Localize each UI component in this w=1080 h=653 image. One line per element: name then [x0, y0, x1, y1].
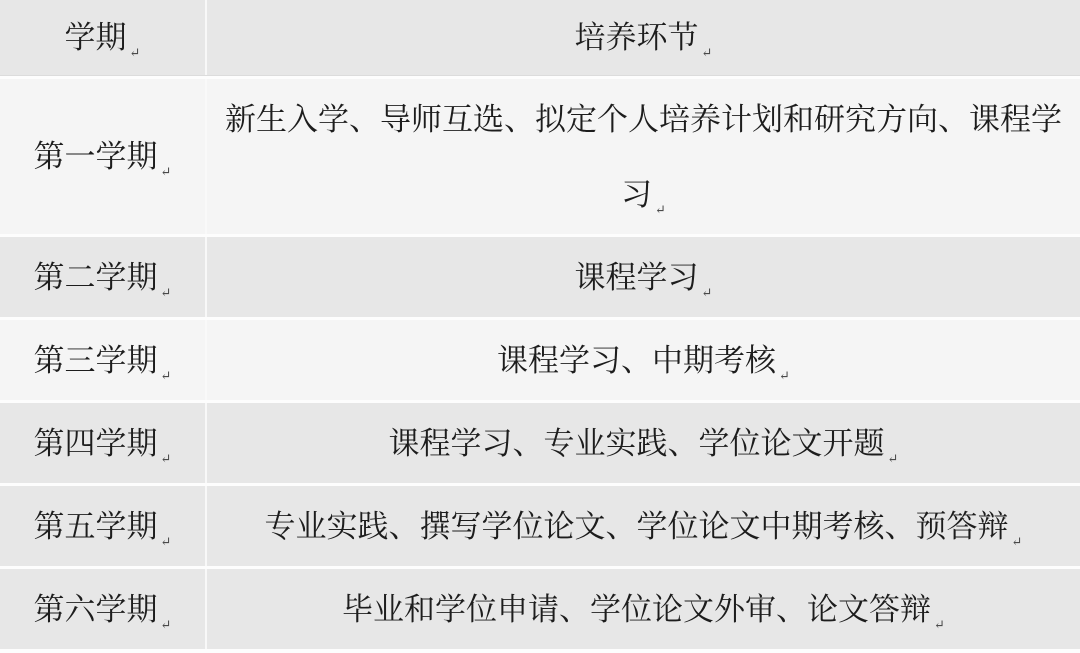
semester-cell: 第三学期↵	[0, 320, 207, 400]
table-row: 第五学期↵ 专业实践、撰写学位论文、学位论文中期考核、预答辩↵	[0, 486, 1080, 566]
stage-label: 课程学习	[575, 260, 699, 295]
header-stage-label: 培养环节	[575, 20, 699, 55]
table-row: 第一学期↵ 新生入学、导师互选、拟定个人培养计划和研究方向、课程学习↵	[0, 79, 1080, 234]
semester-label: 第四学期	[34, 426, 158, 461]
table-header-row: 学期↵ 培养环节↵	[0, 0, 1080, 76]
semester-cell: 第一学期↵	[0, 79, 207, 234]
stage-cell: 毕业和学位申请、学位论文外审、论文答辩↵	[207, 569, 1080, 649]
stage-label: 专业实践、撰写学位论文、学位论文中期考核、预答辩	[265, 509, 1009, 544]
semester-label: 第五学期	[34, 509, 158, 544]
stage-label: 毕业和学位申请、学位论文外审、论文答辩	[342, 592, 931, 627]
document-table: 学期↵ 培养环节↵ 第一学期↵ 新生入学、导师互选、拟定个人培养计划和研究方向、…	[0, 0, 1080, 653]
semester-cell: 第二学期↵	[0, 237, 207, 317]
semester-label: 第三学期	[34, 343, 158, 378]
table-row: 第三学期↵ 课程学习、中期考核↵	[0, 320, 1080, 400]
stage-label: 课程学习、中期考核	[497, 343, 776, 378]
stage-cell: 课程学习↵	[207, 237, 1080, 317]
header-semester-label: 学期	[65, 20, 127, 55]
stage-cell: 课程学习、中期考核↵	[207, 320, 1080, 400]
semester-cell: 第四学期↵	[0, 403, 207, 483]
semester-label: 第二学期	[34, 260, 158, 295]
semester-label: 第六学期	[34, 592, 158, 627]
header-stage-cell: 培养环节↵	[207, 0, 1080, 75]
semester-cell: 第六学期↵	[0, 569, 207, 649]
table-row: 第二学期↵ 课程学习↵	[0, 237, 1080, 317]
semester-label: 第一学期	[34, 139, 158, 174]
table-row: 第六学期↵ 毕业和学位申请、学位论文外审、论文答辩↵	[0, 569, 1080, 649]
stage-label: 课程学习、专业实践、学位论文开题	[389, 426, 885, 461]
stage-label: 新生入学、导师互选、拟定个人培养计划和研究方向、课程学习	[225, 102, 1062, 212]
header-semester-cell: 学期↵	[0, 0, 207, 75]
table-row: 第四学期↵ 课程学习、专业实践、学位论文开题↵	[0, 403, 1080, 483]
stage-cell: 课程学习、专业实践、学位论文开题↵	[207, 403, 1080, 483]
stage-cell: 新生入学、导师互选、拟定个人培养计划和研究方向、课程学习↵	[207, 79, 1080, 234]
stage-cell: 专业实践、撰写学位论文、学位论文中期考核、预答辩↵	[207, 486, 1080, 566]
semester-cell: 第五学期↵	[0, 486, 207, 566]
